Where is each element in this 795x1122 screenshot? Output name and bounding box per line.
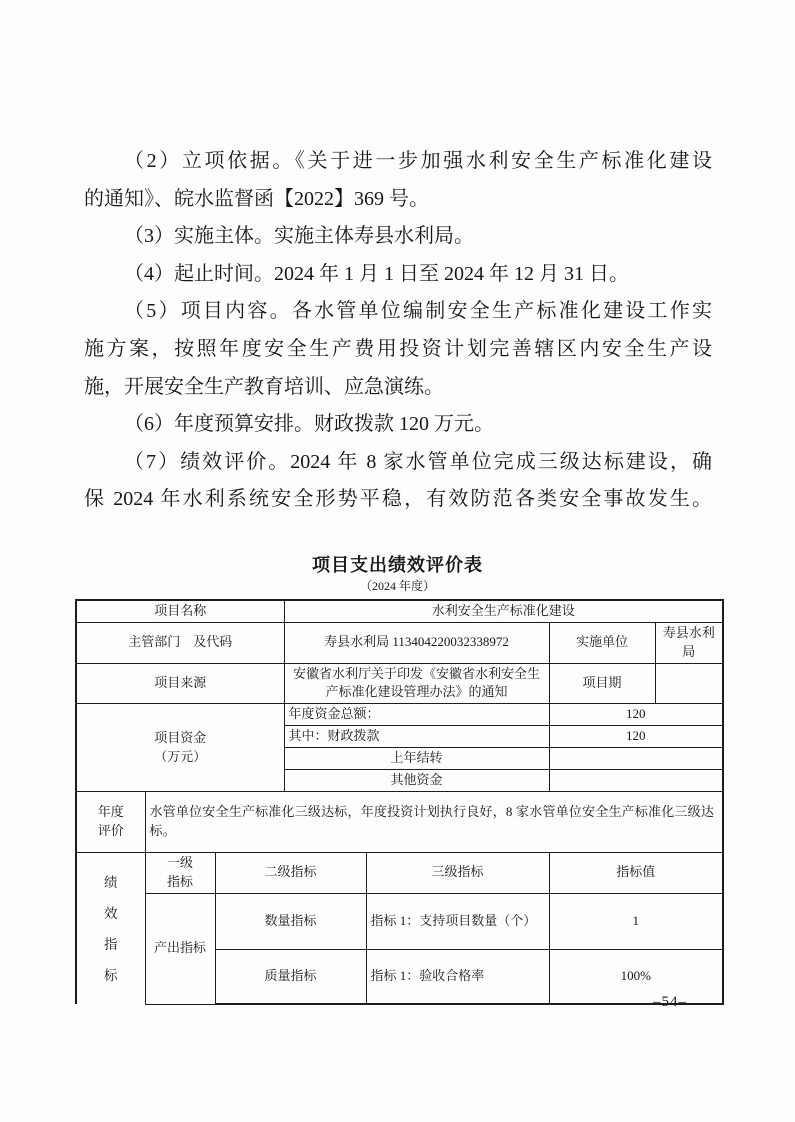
- cell-funds-other-label: 其他资金: [284, 769, 549, 791]
- body-line: （6）年度预算安排。财政拨款 120 万元。: [84, 406, 712, 444]
- cell-header-level2: 二级指标: [215, 852, 366, 893]
- cell-header-level1: 一级 指标: [145, 852, 215, 893]
- body-paragraphs: （2）立项依据。《关于进一步加强水利安全生产标准化建设 的通知》、皖水监督函【2…: [84, 143, 712, 519]
- cell-quantity-indicator-label: 数量指标: [215, 893, 366, 949]
- body-line: 的通知》、皖水监督函【2022】369 号。: [84, 181, 712, 219]
- cell-funds-fiscal-label: 其中：财政拨款: [284, 726, 549, 748]
- body-line: （4）起止时间。2024 年 1 月 1 日至 2024 年 12 月 31 日…: [84, 256, 712, 294]
- page-number: –54–: [620, 994, 720, 1011]
- cell-impl-unit-label: 实施单位: [549, 622, 655, 663]
- cell-funds-label: 项目资金 （万元）: [76, 704, 284, 792]
- body-line: （2）立项依据。《关于进一步加强水利安全生产标准化建设: [84, 143, 712, 181]
- cell-source-value: 安徽省水利厅关于印发《安徽省水利安全生 产标准化建设管理办法》的通知: [284, 663, 549, 704]
- body-line: 施，开展安全生产教育培训、应急演练。: [84, 369, 712, 407]
- cell-department-value: 寿县水利局 113404220032338972: [284, 622, 549, 663]
- cell-period-value: [655, 663, 723, 704]
- table-subtitle: （2024 年度）: [0, 577, 795, 594]
- cell-annual-eval-value: 水管单位安全生产标准化三级达标，年度投资计划执行良好，8 家水管单位安全生产标准…: [145, 791, 723, 852]
- cell-funds-carryover-label: 上年结转: [284, 747, 549, 769]
- document-page: （2）立项依据。《关于进一步加强水利安全生产标准化建设 的通知》、皖水监督函【2…: [0, 0, 795, 1122]
- cell-project-name-label: 项目名称: [76, 600, 284, 622]
- cell-quality-indicator-detail: 指标 1：验收合格率: [366, 949, 549, 1004]
- cell-funds-other-value: [549, 769, 723, 791]
- cell-funds-total-value: 120: [549, 704, 723, 726]
- body-line: 施方案，按照年度安全生产费用投资计划完善辖区内安全生产设: [84, 331, 712, 369]
- cell-period-label: 项目期: [549, 663, 655, 704]
- cell-project-name-value: 水利安全生产标准化建设: [284, 600, 723, 622]
- body-line: （5）项目内容。各水管单位编制安全生产标准化建设工作实: [84, 293, 712, 331]
- cell-annual-eval-label: 年度 评价: [76, 791, 145, 852]
- body-line: （7）绩效评价。2024 年 8 家水管单位完成三级达标建设，确: [84, 444, 712, 482]
- cell-department-label: 主管部门 及代码: [76, 622, 284, 663]
- cell-impl-unit-value: 寿县水利局: [655, 622, 723, 663]
- cell-funds-carryover-value: [549, 747, 723, 769]
- body-line: （3）实施主体。实施主体寿县水利局。: [84, 218, 712, 256]
- table-title: 项目支出绩效评价表: [0, 551, 795, 577]
- cell-output-indicator-label: 产出指标: [145, 893, 215, 1004]
- cell-performance-label: 绩 效 指 标: [76, 852, 145, 1004]
- cell-quantity-indicator-detail: 指标 1：支持项目数量（个）: [366, 893, 549, 949]
- cell-header-value: 指标值: [549, 852, 723, 893]
- body-line: 保 2024 年水利系统安全形势平稳，有效防范各类安全事故发生。: [84, 481, 712, 519]
- cell-funds-total-label: 年度资金总额：: [284, 704, 549, 726]
- cell-source-label: 项目来源: [76, 663, 284, 704]
- cell-quantity-indicator-value: 1: [549, 893, 723, 949]
- performance-evaluation-table: 项目名称 水利安全生产标准化建设 主管部门 及代码 寿县水利局 11340422…: [75, 599, 724, 1005]
- cell-funds-fiscal-value: 120: [549, 726, 723, 748]
- cell-quality-indicator-label: 质量指标: [215, 949, 366, 1004]
- cell-header-level3: 三级指标: [366, 852, 549, 893]
